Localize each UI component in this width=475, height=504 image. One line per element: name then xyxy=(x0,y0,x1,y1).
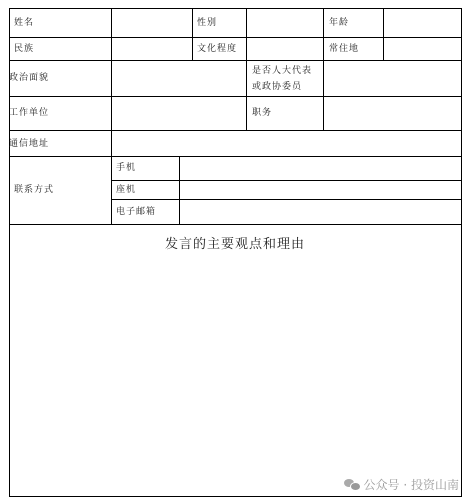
deputy-field[interactable] xyxy=(324,61,460,96)
ethnicity-label: 民族 xyxy=(14,43,34,55)
mailing-address-field[interactable] xyxy=(112,131,460,156)
col-divider xyxy=(192,8,193,60)
email-field[interactable] xyxy=(180,200,460,224)
contact-label: 联系方式 xyxy=(14,184,54,196)
statement-title: 发言的主要观点和理由 xyxy=(9,233,461,252)
education-label: 文化程度 xyxy=(197,43,237,55)
education-field[interactable] xyxy=(247,38,323,60)
watermark: 公众号 · 投资山南 xyxy=(344,476,459,493)
deputy-label-line1: 是否人大代表 xyxy=(252,65,312,77)
landline-label: 座机 xyxy=(116,184,136,196)
workplace-label: 工作单位 xyxy=(9,107,49,119)
statement-textarea[interactable] xyxy=(10,252,460,495)
mobile-field[interactable] xyxy=(180,157,460,180)
deputy-label-line2: 或政协委员 xyxy=(252,81,302,93)
email-label: 电子邮箱 xyxy=(116,206,156,218)
wechat-icon xyxy=(344,478,360,491)
landline-field[interactable] xyxy=(180,181,460,199)
political-status-label: 政治面貌 xyxy=(9,72,49,84)
row-divider xyxy=(9,224,461,225)
workplace-field[interactable] xyxy=(112,97,246,130)
age-field[interactable] xyxy=(384,9,460,37)
position-field[interactable] xyxy=(324,97,460,130)
ethnicity-field[interactable] xyxy=(112,38,192,60)
gender-label: 性别 xyxy=(197,17,217,29)
watermark-text: 公众号 · 投资山南 xyxy=(364,476,459,493)
mobile-label: 手机 xyxy=(116,162,136,174)
age-label: 年龄 xyxy=(329,17,349,29)
position-label: 职务 xyxy=(252,107,272,119)
mailing-address-label: 通信地址 xyxy=(9,138,49,150)
political-status-field[interactable] xyxy=(112,61,246,96)
name-label: 姓名 xyxy=(14,17,34,29)
residence-field[interactable] xyxy=(384,38,460,60)
gender-field[interactable] xyxy=(247,9,323,37)
name-field[interactable] xyxy=(112,9,192,37)
residence-label: 常住地 xyxy=(329,43,359,55)
